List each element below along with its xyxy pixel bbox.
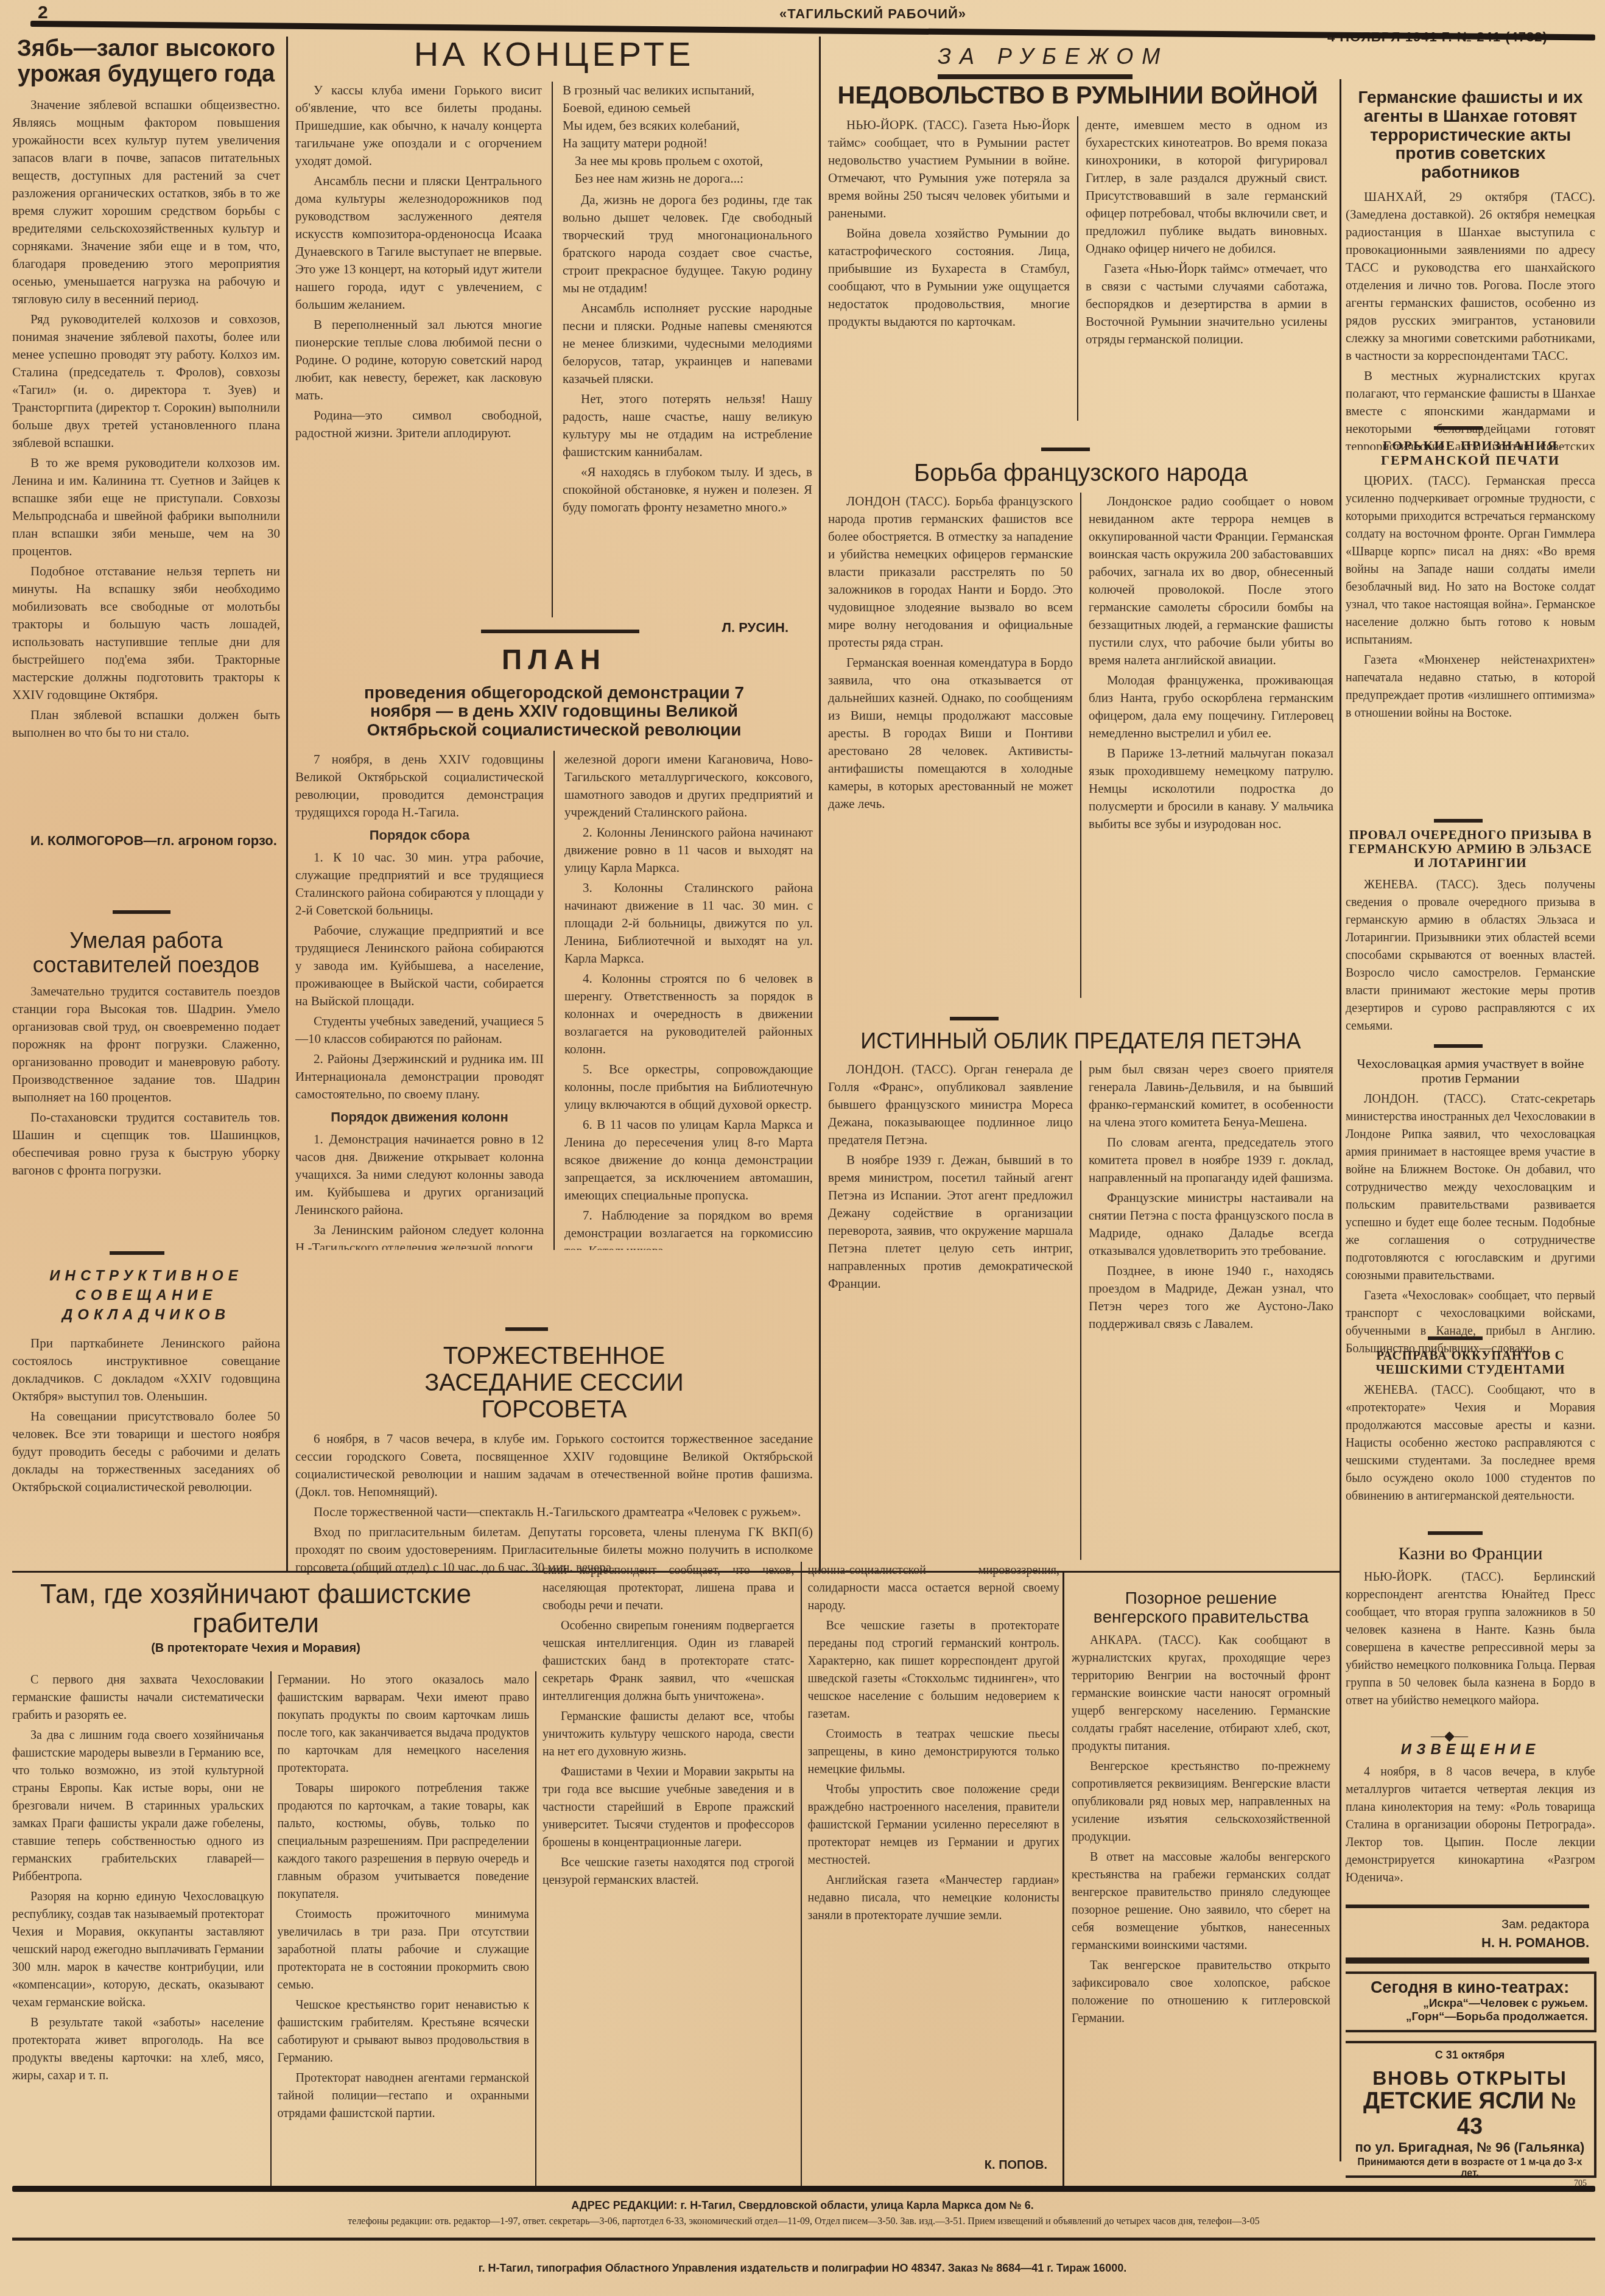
separator [1346,1905,1589,1908]
article-body: ЦЮРИХ. (ТАСС). Германская пресса усиленн… [1346,472,1595,813]
column-divider [1340,79,1341,2161]
column-divider [1062,1571,1064,2186]
paragraph: ЛОНДОН. (ТАСС). Статс-секретарь министер… [1346,1090,1595,1285]
article-title: НА КОНЦЕРТЕ [295,35,813,73]
paragraph: НЬЮ-ЙОРК. (ТАСС). Берлинский корреспонде… [1346,1568,1595,1710]
newspaper-page: 2 «ТАГИЛЬСКИЙ РАБОЧИЙ» 4 НОЯБРЯ 1941 Г. … [0,0,1605,2296]
paragraph: рым был связан через своего приятеля ген… [1089,1061,1333,1131]
paragraph: Разоряя на корню единую Чехословацкую ре… [12,1888,264,2012]
paragraph: Фашистами в Чехии и Моравии закрыты на т… [543,1763,795,1852]
paragraph: 4 ноября, в 8 часов вечера, в клубе мета… [1346,1763,1595,1887]
paragraph: Германская военная комендатура в Бордо з… [828,654,1073,813]
paragraph: У кассы клуба имени Горького висит об'яв… [295,82,542,170]
column-divider [553,751,555,1250]
article-title: ПРОВАЛ ОЧЕРЕДНОГО ПРИЗЫВА В ГЕРМАНСКУЮ А… [1346,828,1595,870]
article-title: Умелая работа составителей поездов [12,929,280,977]
ad-address: по ул. Бригадная, № 96 (Гальянка) [1353,2140,1587,2155]
paragraph: 1. Демонстрация начинается ровно в 12 ча… [295,1131,544,1219]
paragraph: ский корреспондент сообщает, что чехов, … [543,1562,795,1615]
article-body: НЬЮ-ЙОРК. (ТАСС). Берлинский корреспонде… [1346,1568,1595,1745]
footer-rule [12,2186,1595,2192]
paragraph: Ансамбль песни и пляски Центрального дом… [295,172,542,314]
paragraph: По словам агента, председатель этого ком… [1089,1134,1333,1187]
paragraph: Значение зяблевой вспашки общеизвестно. … [12,96,280,308]
article-bitter-admissions: ГОРЬКИЕ ПРИЗНАНИЯ ГЕРМАНСКОЙ ПЕЧАТИ ЦЮРИ… [1346,438,1595,813]
paragraph: 5. Все оркестры, сопровождающие колонны,… [564,1061,813,1114]
paragraph: План зяблевой вспашки должен быть выполн… [12,706,280,742]
column-divider [286,37,288,1571]
article-signature: И. КОЛМОГОРОВ—гл. агроном горзо. [30,833,280,849]
article-title: ПЛАН [295,644,813,675]
printer-imprint: г. Н-Тагил, типография Областного Управл… [0,2262,1605,2275]
section-heading: Порядок движения колонн [295,1108,544,1126]
paragraph: 4. Колонны строятся по 6 человек в шерен… [564,970,813,1058]
article-title: ГОРЬКИЕ ПРИЗНАНИЯ ГЕРМАНСКОЙ ПЕЧАТИ [1346,438,1595,468]
paragraph: 6 ноября, в 7 часов вечера, в клубе им. … [295,1430,813,1501]
article-column: Германии. Но этого оказалось мало фашист… [278,1671,530,2189]
article-subtitle: (В протекторате Чехия и Моравия) [12,1641,499,1655]
separator [950,1017,999,1020]
paragraph: Стоимость в театрах чешские пьесы запрещ… [808,1726,1060,1778]
cinema-title: Сегодня в кино-театрах: [1352,1979,1588,1997]
column-divider [270,1671,272,2189]
column-divider [1080,1061,1081,1560]
paragraph: Чтобы упростить свое положение среди вра… [808,1781,1060,1869]
paragraph: 2. Районы Дзержинский и рудника им. III … [295,1050,544,1103]
column-divider [801,1562,802,2189]
paragraph: Германии. Но этого оказалось мало фашист… [278,1671,530,1777]
poem-line: В грозный час великих испытаний, [563,82,812,99]
article-instruction: ИНСТРУКТИВНОЕ СОВЕЩАНИЕ ДОКЛАДЧИКОВ При … [12,1266,280,1566]
paragraph: Да, жизнь не дорога без родины, где так … [563,191,812,297]
paragraph: В ноябре 1939 г. Дежан, бывший в то врем… [828,1151,1073,1293]
paragraph: Война довела хозяйство Румынии до катаст… [828,225,1070,331]
column-divider [535,1671,536,2189]
poem-line: На защиту матери родной! [563,135,812,152]
paragraph: 6. В 11 часов по улицам Карла Маркса и Л… [564,1116,813,1204]
ad-line: ВНОВЬ ОТКРЫТЫ [1353,2068,1587,2089]
article-body: При парткабинете Ленинского района состо… [12,1335,280,1566]
article-title: Чехословацкая армия участвует в войне пр… [1346,1056,1595,1086]
editor-name: Н. Н. РОМАНОВ. [1346,1935,1589,1951]
editorial-phones: телефоны редакции: отв. редактор—1-97, о… [12,2216,1595,2227]
separator [481,630,639,633]
article-column: рым был связан через своего приятеля ген… [1089,1061,1333,1560]
paragraph: Чешское крестьянство горит ненавистью к … [278,1996,530,2067]
article-title: Позорное решение венгерского правительст… [1072,1589,1330,1627]
poem-line: За нее мы кровь прольем с охотой, [563,152,812,170]
article-notice: ИЗВЕЩЕНИЕ 4 ноября, в 8 часов вечера, в … [1346,1741,1595,1912]
article-plan: ПЛАН проведения общегородской демонстрац… [295,644,813,1250]
separator [1434,819,1483,823]
paragraph: По-стахановски трудится составитель тов.… [12,1109,280,1179]
column-divider [1077,116,1078,421]
paragraph: 7 ноября, в день XXIV годовщины Великой … [295,751,544,821]
ad-terms: Принимаются дети в возрасте от 1 м-ца до… [1353,2157,1587,2179]
article-title: Зябь—залог высокого урожая будущего года [12,37,280,88]
article-petain: ИСТИННЫЙ ОБЛИК ПРЕДАТЕЛЯ ПЕТЭНА ЛОНДОН. … [828,1029,1333,1560]
poem-line: Без нее нам жизнь не дорога...: [563,170,812,188]
article-shanghai: Германские фашисты и их агенты в Шанхае … [1346,88,1595,450]
paragraph: 1. К 10 час. 30 мин. утра рабочие, служа… [295,849,544,919]
paragraph: Стоимость прожиточного минимума увеличил… [278,1906,530,1994]
footer-rule [12,2238,1595,2241]
editor-label: Зам. редактора [1346,1918,1589,1932]
article-concert: НА КОНЦЕРТЕ У кассы клуба имени Горького… [295,35,813,636]
article-title: ИСТИННЫЙ ОБЛИК ПРЕДАТЕЛЯ ПЕТЭНА [828,1029,1333,1053]
article-column: железной дороги имени Кагановича, Ново-Т… [564,751,813,1250]
paragraph: Подобное отставание нельзя терпеть ни ми… [12,563,280,704]
article-hungary: Позорное решение венгерского правительст… [1072,1589,1330,2180]
paragraph: Все чешские газеты находятся под строгой… [543,1854,795,1889]
nursery-ad: С 31 октября ВНОВЬ ОТКРЫТЫ ДЕТСКИЕ ЯСЛИ … [1346,2041,1596,2178]
paragraph: Родина—это символ свободной, радостной ж… [295,407,542,442]
column-divider [819,37,821,1571]
page-number: 2 [38,2,49,23]
article-title: НЕДОВОЛЬСТВО В РУМЫНИИ ВОЙНОЙ [828,82,1327,109]
article-body: АНКАРА. (ТАСС). Как сообщают в журналист… [1072,1632,1330,2180]
article-czech-columns: С первого дня захвата Чехословакии герма… [12,1671,1059,2189]
paragraph: В ответ на массовые жалобы венгерского к… [1072,1848,1330,1954]
article-column: ЛОНДОН. (ТАСС). Орган генерала де Голля … [828,1061,1073,1560]
paragraph: ЛОНДОН. (ТАСС). Орган генерала де Голля … [828,1061,1073,1149]
poem-line: Боевой, единою семьей [563,99,812,117]
paragraph: За Ленинским районом следует колонна Н.-… [295,1221,544,1250]
cinema-ad: Сегодня в кино-театрах: „Искра“—Человек … [1346,1971,1596,2032]
paragraph: Позднее, в июне 1940 г., находясь проезд… [1089,1262,1333,1333]
column-divider [1080,493,1081,998]
article-zyab: Зябь—залог высокого урожая будущего года… [12,37,280,849]
paragraph: В результате такой «заботы» население пр… [12,2014,264,2085]
paragraph: После торжественной части—спектакль Н.-Т… [295,1503,813,1521]
separator [505,1327,548,1331]
article-title: ИНСТРУКТИВНОЕ СОВЕЩАНИЕ ДОКЛАДЧИКОВ [12,1266,280,1325]
article-column: В грозный час великих испытаний, Боевой,… [563,82,812,617]
paragraph: Французские министры настаивали на сняти… [1089,1189,1333,1260]
article-column: Лондонское радио сообщает о новом невида… [1089,493,1333,998]
article-title: Германские фашисты и их агенты в Шанхае … [1346,88,1595,182]
article-body: Значение зяблевой вспашки общеизвестно. … [12,96,280,833]
paragraph: Лондонское радио сообщает о новом невида… [1089,493,1333,669]
paragraph: Газета «Нью-Йорк таймс» отмечает, что в … [1086,260,1327,348]
article-column: НЬЮ-ЙОРК. (ТАСС). Газета Нью-Йорк таймс»… [828,116,1070,421]
editorial-address: АДРЕС РЕДАКЦИИ: г. Н-Тагил, Свердловской… [0,2199,1605,2212]
paragraph: Германские фашисты делают все, чтобы уни… [543,1708,795,1761]
paragraph: Ряд руководителей колхозов и совхозов, п… [12,311,280,452]
paragraph: НЬЮ-ЙОРК. (ТАСС). Газета Нью-Йорк таймс»… [828,116,1070,222]
article-body: ШАНХАЙ, 29 октября (ТАСС). (Замедлена до… [1346,188,1595,450]
paragraph: Ансамбль исполняет русские народные песн… [563,300,812,388]
paragraph: ционна-социалистской мировоззрения, соли… [808,1562,1060,1615]
separator [113,910,170,914]
paragraph: Нет, этого потерять нельзя! Нашу радость… [563,390,812,461]
paragraph: 2. Колонны Ленинского района начинают дв… [564,824,813,877]
article-title: РАСПРАВА ОККУПАНТОВ С ЧЕШСКИМИ СТУДЕНТАМ… [1346,1349,1595,1377]
paragraph: Все чешские газеты в протекторате переда… [808,1617,1060,1723]
separator [1428,1531,1483,1535]
paragraph: Товары широкого потребления также продаю… [278,1780,530,1903]
section-heading: Порядок сбора [295,826,544,844]
paragraph: Английская газета «Манчестер гардиан» не… [808,1872,1060,1925]
cinema-listing: „Искра“—Человек с ружьем. [1352,1997,1588,2010]
separator [1346,1957,1589,1964]
paragraph: В то же время руководители колхозов им. … [12,454,280,560]
paragraph: Протекторат наводнен агентами германской… [278,2070,530,2122]
separator [938,74,1133,79]
paragraph: Газета «Мюнхенер нейстенахрихтен» напеча… [1346,651,1595,722]
article-column: У кассы клуба имени Горького висит об'яв… [295,82,542,617]
article-column: ский корреспондент сообщает, что чехов, … [543,1562,795,2189]
section-label: ЗА РУБЕЖОМ [938,44,1168,69]
article-column: ционна-социалистской мировоззрения, соли… [808,1562,1060,2189]
article-title: Борьба французского народа [828,460,1333,486]
poem-line: Мы идем, без всяких колебаний, [563,117,812,135]
article-france: Борьба французского народа ЛОНДОН (ТАСС)… [828,460,1333,998]
paragraph: Рабочие, служащие предприятий и все труд… [295,922,544,1010]
paragraph: железной дороги имени Кагановича, Ново-Т… [564,751,813,821]
paragraph: В Париже 13-летний мальчуган показал язы… [1089,745,1333,833]
paragraph: Студенты учебных заведений, учащиеся 5—1… [295,1013,544,1048]
ad-line: ДЕТСКИЕ ЯСЛИ № 43 [1353,2089,1587,2140]
cinema-listing: „Горн“—Борьба продолжается. [1352,2010,1588,2024]
paragraph: За два с лишним года своего хозяйничанья… [12,1727,264,1886]
paragraph: Так венгерское правительство открыто заф… [1072,1957,1330,2027]
paragraph: 3. Колонны Сталинского района начинают д… [564,879,813,967]
paragraph: «Я находясь в глубоком тылу. И здесь, в … [563,463,812,516]
article-signature: К. ПОПОВ. [808,2158,1060,2172]
paragraph: денте, имевшем место в одном из бухарест… [1086,116,1327,258]
paragraph: ЛОНДОН (ТАСС). Борьба французского народ… [828,493,1073,651]
separator [1041,448,1090,451]
article-executions: Казни во Франции НЬЮ-ЙОРК. (ТАСС). Берли… [1346,1543,1595,1745]
paragraph: На совещании присутствовало более 50 чел… [12,1408,280,1496]
article-column: 7 ноября, в день XXIV годовщины Великой … [295,751,544,1250]
article-trains: Умелая работа составителей поездов Замеч… [12,929,280,1251]
paragraph: ЖЕНЕВА. (ТАСС). Сообщают, что в «протект… [1346,1381,1595,1505]
separator [1428,1336,1483,1340]
article-column: ЛОНДОН (ТАСС). Борьба французского народ… [828,493,1073,998]
paragraph: При парткабинете Ленинского района состо… [12,1335,280,1405]
paragraph: Газета «Чехословак» сообщает, что первый… [1346,1287,1595,1358]
article-body: Замечательно трудится составитель поездо… [12,983,280,1251]
paragraph: ЖЕНЕВА. (ТАСС). Здесь получены сведения … [1346,876,1595,1035]
article-alsace: ПРОВАЛ ОЧЕРЕДНОГО ПРИЗЫВА В ГЕРМАНСКУЮ А… [1346,828,1595,1059]
paragraph: 7. Наблюдение за порядком во время демон… [564,1207,813,1250]
article-title: Там, где хозяйничают фашистские грабител… [12,1580,499,1639]
article-students: РАСПРАВА ОККУПАНТОВ С ЧЕШСКИМИ СТУДЕНТАМ… [1346,1349,1595,1558]
separator [110,1251,164,1255]
paragraph: ЦЮРИХ. (ТАСС). Германская пресса усиленн… [1346,472,1595,649]
article-subtitle: проведения общегородской демонстрации 7 … [338,684,770,740]
paragraph: Молодая француженка, проживающая близ На… [1089,672,1333,742]
separator [1434,426,1483,430]
paragraph: С первого дня захвата Чехословакии герма… [12,1671,264,1724]
column-divider [552,82,553,617]
article-body: ЖЕНЕВА. (ТАСС). Здесь получены сведения … [1346,876,1595,1059]
paragraph: ШАНХАЙ, 29 октября (ТАСС). (Замедлена до… [1346,188,1595,365]
article-title: ИЗВЕЩЕНИЕ [1346,1741,1595,1758]
article-title: ТОРЖЕСТВЕННОЕ ЗАСЕДАНИЕ СЕССИИ ГОРСОВЕТА [295,1343,813,1423]
separator [1434,1044,1483,1048]
article-body: ционна-социалистской мировоззрения, соли… [808,1562,1060,2158]
paragraph: Венгерское крестьянство по-прежнему сопр… [1072,1758,1330,1846]
article-column: С первого дня захвата Чехословакии герма… [12,1671,264,2189]
ad-date: С 31 октября [1353,2049,1587,2062]
article-title: Казни во Франции [1346,1543,1595,1564]
paragraph: В переполненный зал льются многие пионер… [295,316,542,404]
newspaper-name: «ТАГИЛЬСКИЙ РАБОЧИЙ» [779,6,966,22]
paragraph: АНКАРА. (ТАСС). Как сообщают в журналист… [1072,1632,1330,1755]
article-romania: НЕДОВОЛЬСТВО В РУМЫНИИ ВОЙНОЙ НЬЮ-ЙОРК. … [828,82,1327,421]
article-body: 4 ноября, в 8 часов вечера, в клубе мета… [1346,1763,1595,1912]
article-column: денте, имевшем место в одном из бухарест… [1086,116,1327,421]
paragraph: Замечательно трудится составитель поездо… [12,983,280,1106]
article-czech-army: Чехословацкая армия участвует в войне пр… [1346,1056,1595,1395]
paragraph: Особенно свирепым гонениям подвергается … [543,1617,795,1705]
